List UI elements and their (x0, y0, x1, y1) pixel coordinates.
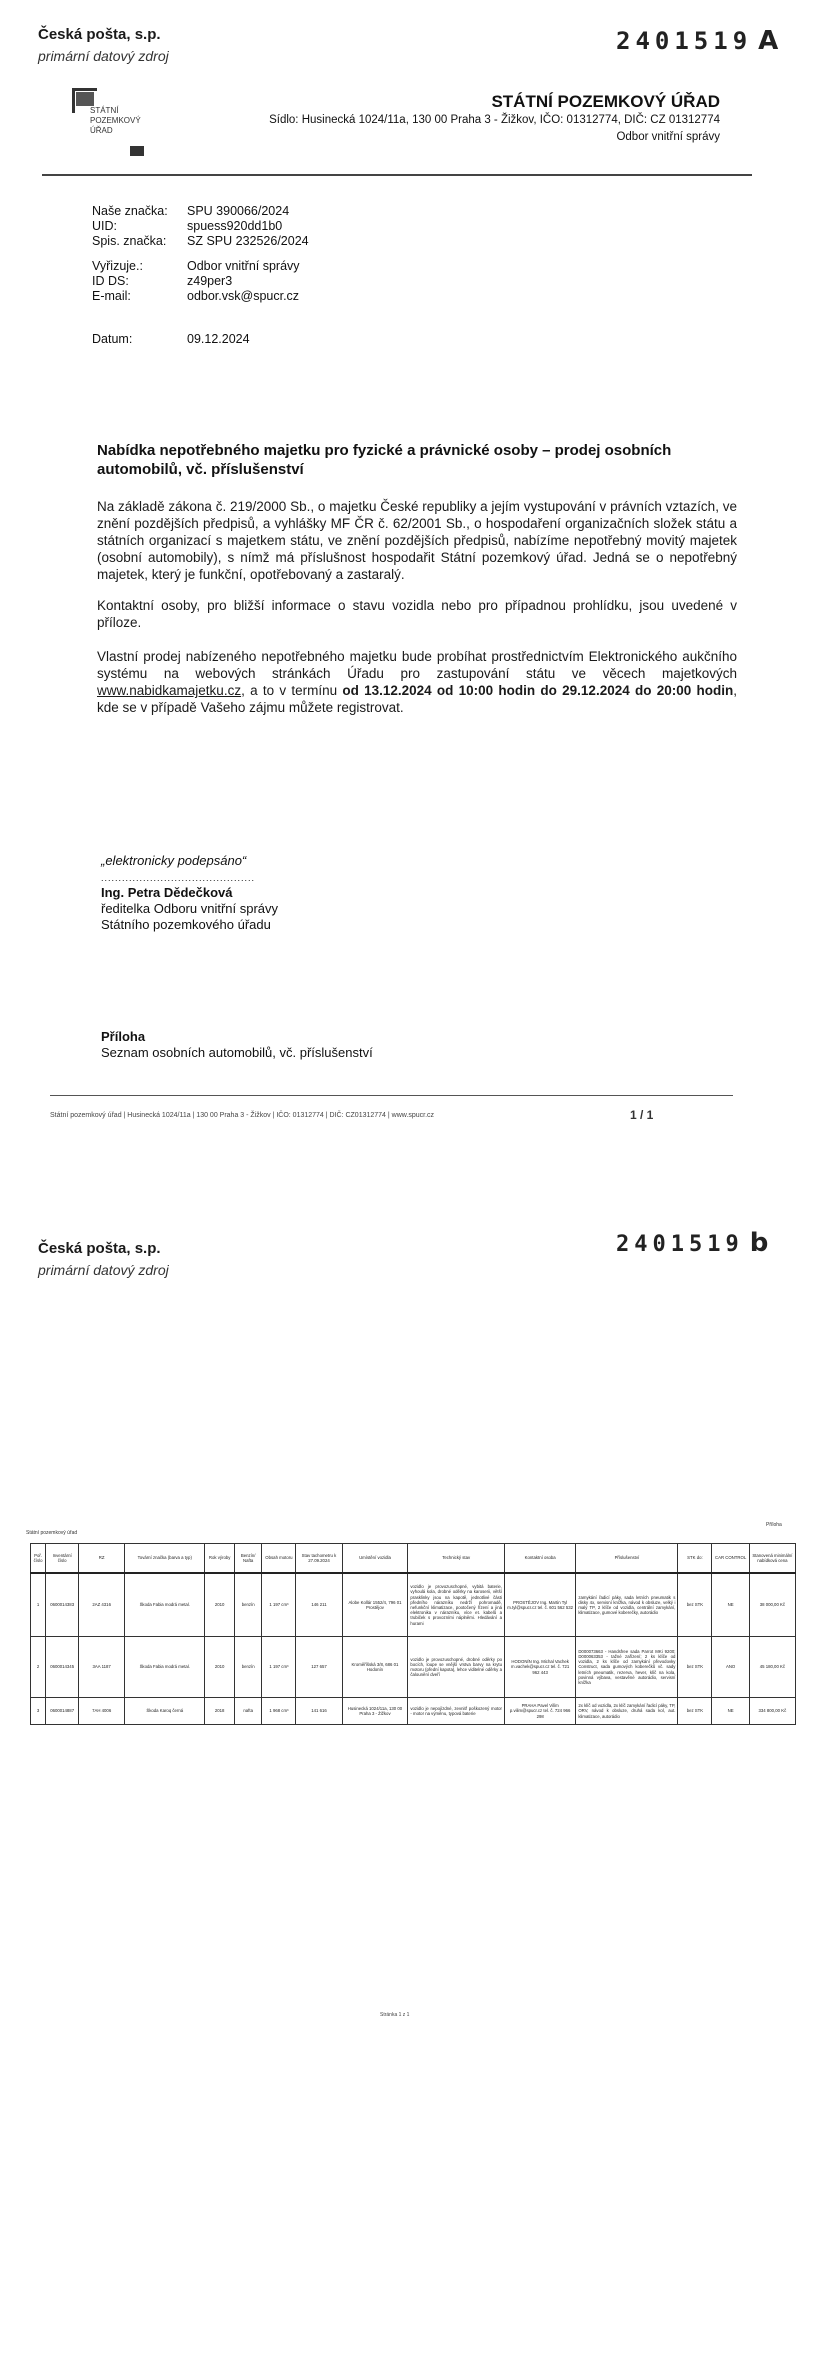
document-number-value: 2401519 (616, 1232, 744, 1257)
table-cell: 1 197 cm³ (262, 1573, 296, 1637)
table-cell: HODONÍN Ing. Michal Vachek m.vachek@spuc… (504, 1637, 575, 1698)
table-cell: 146 211 (296, 1573, 342, 1637)
signatory-name: Ing. Petra Dědečková (101, 885, 233, 901)
meta-row: UID:spuess920dd1b0 (92, 218, 492, 234)
table-cell: Škoda Fabia modrá metal. (125, 1637, 205, 1698)
meta-value: odbor.vsk@spucr.cz (187, 288, 299, 304)
table-cell: 2010 (205, 1573, 235, 1637)
table-cell: bez STK (678, 1573, 712, 1637)
meta-value: spuess920dd1b0 (187, 218, 282, 234)
meta-label: UID: (92, 218, 117, 234)
column-header: Inventární číslo (46, 1544, 79, 1574)
table-header-row: Poř. čísloInventární čísloRZTovární znač… (31, 1544, 796, 1574)
table-cell: Škoda Fabia modrá metal. (125, 1573, 205, 1637)
meta-label: Spis. značka: (92, 233, 166, 249)
eu-mark-icon (130, 146, 144, 156)
meta-value: Odbor vnitřní správy (187, 258, 300, 274)
paragraph-contacts: Kontaktní osoby, pro bližší informace o … (97, 597, 737, 631)
attachment-description: Seznam osobních automobilů, vč. přísluše… (101, 1045, 373, 1060)
table-row: 106000143832AZ 4316Škoda Fabia modrá met… (31, 1573, 796, 1637)
meta-row: Naše značka:SPU 390066/2024 (92, 203, 492, 219)
meta-row: ID DS:z49per3 (92, 273, 492, 289)
post-stamp-name: Česká pošta, s.p. (38, 26, 161, 43)
table-cell: NE (712, 1698, 749, 1725)
table-cell: 0600014345 (46, 1637, 79, 1698)
document-number: 2401519A (616, 26, 778, 56)
table-cell: vozidlo je provozuschopné, drobné oděrky… (408, 1637, 505, 1698)
table-cell: 3AA 1187 (79, 1637, 125, 1698)
table-cell: 0600014887 (46, 1698, 79, 1725)
meta-label: Datum: (92, 331, 132, 347)
column-header: CAR CONTROL (712, 1544, 749, 1574)
table-cell: 45 180,00 Kč (749, 1637, 795, 1698)
column-header: Technický stav (408, 1544, 505, 1574)
auction-dates: od 13.12.2024 od 10:00 hodin do 29.12.20… (342, 683, 733, 698)
table-cell: zamykání řadicí páky, sada letních pneum… (576, 1573, 678, 1637)
table-cell: 2010 (205, 1637, 235, 1698)
column-header: Stanovená minimální nabídková cena (749, 1544, 795, 1574)
signatory-organization: Státního pozemkového úřadu (101, 917, 271, 933)
document-number-suffix: b (750, 1228, 769, 1258)
column-header: STK do: (678, 1544, 712, 1574)
table-cell: Škoda Karoq černá (125, 1698, 205, 1725)
document-number-value: 2401519 (616, 27, 752, 55)
column-header: Umístění vozidla (342, 1544, 408, 1574)
meta-label: Naše značka: (92, 203, 168, 219)
table-cell: 1 (31, 1573, 46, 1637)
table-cell: vozidlo je nepojízdné, zevnitř poškozený… (408, 1698, 505, 1725)
table-cell: 38 000,00 Kč (749, 1573, 795, 1637)
table-cell: 141 616 (296, 1698, 342, 1725)
meta-value: SPU 390066/2024 (187, 203, 289, 219)
auction-text: Vlastní prodej nabízeného nepotřebného m… (97, 649, 737, 681)
table-cell: 334 800,00 Kč (749, 1698, 795, 1725)
paragraph-legal-basis: Na základě zákona č. 219/2000 Sb., o maj… (97, 498, 737, 583)
table-cell: NE (712, 1573, 749, 1637)
org-title: STÁTNÍ POZEMKOVÝ ÚŘAD (491, 92, 720, 112)
table-cell: nafta (234, 1698, 261, 1725)
table-cell: 0600014383 (46, 1573, 79, 1637)
org-department: Odbor vnitřní správy (616, 131, 720, 143)
page-footer: Stránka 1 z 1 (380, 2012, 409, 2018)
logo-mark-icon (76, 92, 94, 106)
meta-row: E-mail:odbor.vsk@spucr.cz (92, 288, 492, 304)
meta-value: SZ SPU 232526/2024 (187, 233, 309, 249)
signature-dots: ........................................… (101, 870, 255, 886)
footer-divider (50, 1095, 733, 1096)
table-cell: benzín (234, 1573, 261, 1637)
column-header: Benzín/ Nafta (234, 1544, 261, 1574)
auction-text: , a to v termínu (241, 683, 342, 698)
table-cell: 7AH 4006 (79, 1698, 125, 1725)
table-row: 306000148877AH 4006Škoda Karoq černá2018… (31, 1698, 796, 1725)
column-header: Obsah motoru (262, 1544, 296, 1574)
column-header: Stav tachometru k 27.09.2024 (296, 1544, 342, 1574)
document-number-suffix: A (758, 26, 778, 56)
table-cell: benzín (234, 1637, 261, 1698)
document-number: 2401519b (616, 1228, 768, 1258)
reference-block: Naše značka:SPU 390066/2024 UID:spuess92… (92, 203, 492, 373)
post-stamp-subtitle: primární datový zdroj (38, 48, 169, 64)
table-cell: ANO (712, 1637, 749, 1698)
signature-note: „elektronicky podepsáno“ (101, 853, 246, 869)
column-header: RZ (79, 1544, 125, 1574)
table-cell: 3 (31, 1698, 46, 1725)
table-label: Příloha (766, 1522, 782, 1528)
footer-text: Státní pozemkový úřad | Husinecká 1024/1… (50, 1112, 434, 1119)
table-cell: Alobe Kollár 1552/4, 796 01 Prostějov (342, 1573, 408, 1637)
meta-label: Vyřizuje.: (92, 258, 143, 274)
column-header: Poř. číslo (31, 1544, 46, 1574)
table-cell: Kroměříšská 3/8, 686 01 Hodonín (342, 1637, 408, 1698)
attachment-title: Příloha (101, 1029, 145, 1044)
meta-row: Vyřizuje.:Odbor vnitřní správy (92, 258, 492, 274)
auction-link[interactable]: www.nabidkamajetku.cz (97, 683, 241, 698)
column-header: Tovární značka (barva a typ) (125, 1544, 205, 1574)
table-cell: 127 657 (296, 1637, 342, 1698)
table-cell: 2 (31, 1637, 46, 1698)
table-cell: bez STK (678, 1698, 712, 1725)
column-header: Kontaktní osoba (504, 1544, 575, 1574)
meta-label: E-mail: (92, 288, 131, 304)
table-cell: vozidlo je provozuschopné, vybitá bateri… (408, 1573, 505, 1637)
table-cell: 2AZ 4316 (79, 1573, 125, 1637)
spu-logo-icon: STÁTNÍPOZEMKOVÝÚŘAD (72, 88, 142, 158)
meta-row: Spis. značka:SZ SPU 232526/2024 (92, 233, 492, 249)
logo-text: STÁTNÍPOZEMKOVÝÚŘAD (90, 106, 141, 136)
table-cell: PROSTĚJOV Ing. Martin Tyl m.tyl@spucr.cz… (504, 1573, 575, 1637)
post-stamp-name: Česká pošta, s.p. (38, 1240, 161, 1257)
table-cell: 2x klíč od vozidla, 2x klíč zamykání řad… (576, 1698, 678, 1725)
column-header: Rok výroby (205, 1544, 235, 1574)
table-cell: PRAHA Pavel Vilím p.vilim@spucr.cz tel. … (504, 1698, 575, 1725)
table-cell: 1 968 cm³ (262, 1698, 296, 1725)
org-address: Sídlo: Husinecká 1024/11a, 130 00 Praha … (269, 114, 720, 126)
post-stamp-subtitle: primární datový zdroj (38, 1262, 169, 1278)
header-divider (42, 174, 752, 176)
table-caption: Státní pozemkový úřad (26, 1530, 77, 1536)
meta-row: Datum:09.12.2024 (92, 331, 492, 347)
meta-value: 09.12.2024 (187, 331, 250, 347)
letter-subject: Nabídka nepotřebného majetku pro fyzické… (97, 441, 737, 479)
signatory-role: ředitelka Odboru vnitřní správy (101, 901, 278, 917)
meta-label: ID DS: (92, 273, 129, 289)
table-row: 206000143453AA 1187Škoda Fabia modrá met… (31, 1637, 796, 1698)
table-cell: bez STK (678, 1637, 712, 1698)
page-number: 1 / 1 (630, 1108, 653, 1122)
meta-value: z49per3 (187, 273, 232, 289)
column-header: Příslušenství (576, 1544, 678, 1574)
table-cell: 1 197 cm³ (262, 1637, 296, 1698)
table-cell: D000073663 - Handsfree sada Parrot MKi 9… (576, 1637, 678, 1698)
paragraph-auction: Vlastní prodej nabízeného nepotřebného m… (97, 648, 737, 716)
vehicle-table: Poř. čísloInventární čísloRZTovární znač… (30, 1543, 796, 1725)
table-cell: Husinecká 1024/11a, 130 00 Praha 3 - Žiž… (342, 1698, 408, 1725)
table-cell: 2018 (205, 1698, 235, 1725)
